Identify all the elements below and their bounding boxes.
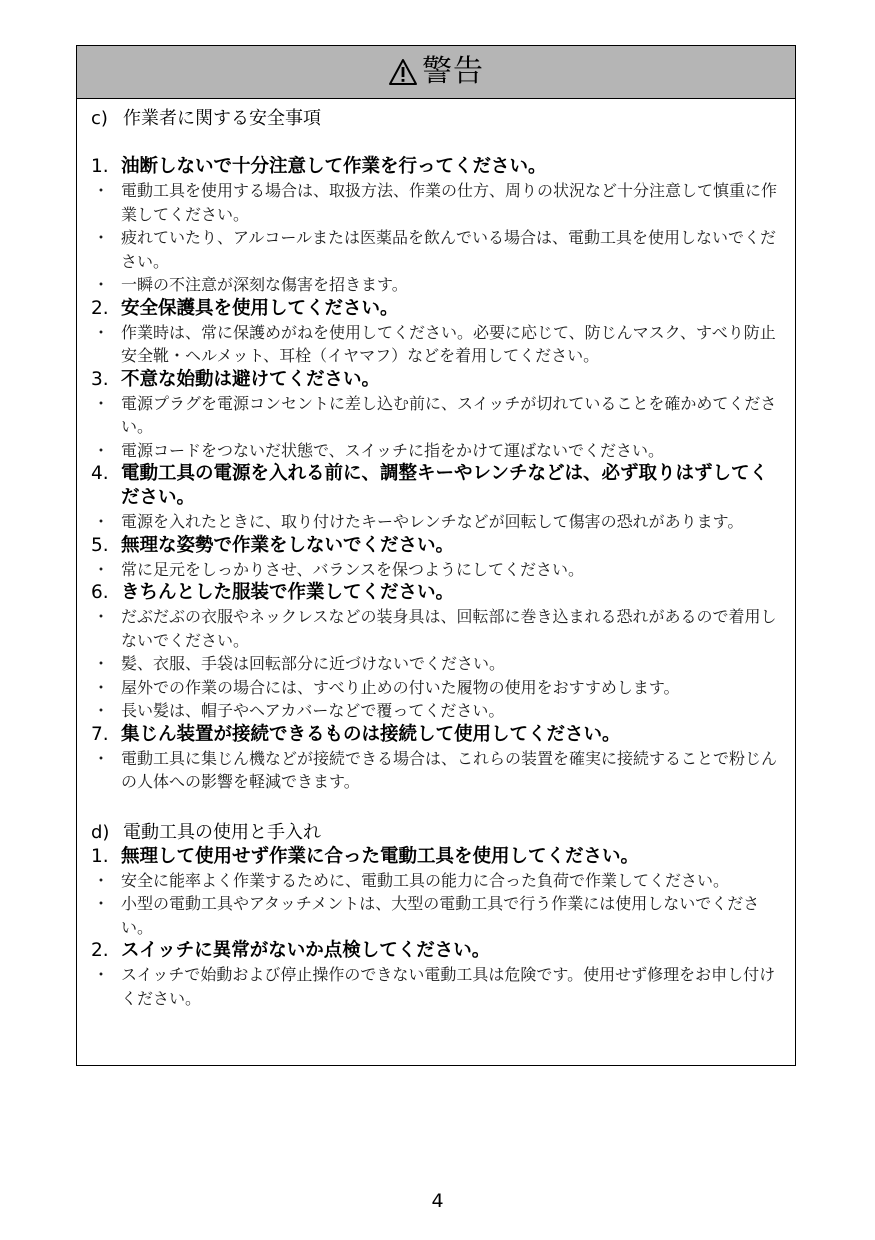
bullet-item: ・ 一瞬の不注意が深刻な傷害を招きます。 bbox=[91, 273, 777, 297]
section-heading-c: c) 作業者に関する安全事項 bbox=[91, 107, 777, 131]
bullet-text: 屋外での作業の場合には、すべり止めの付いた履物の使用をおすすめします。 bbox=[121, 676, 777, 700]
bullet-item: ・ 常に足元をしっかりさせ、バランスを保つようにしてください。 bbox=[91, 558, 777, 582]
bullet-dot: ・ bbox=[91, 179, 121, 226]
item-number: 3. bbox=[91, 368, 121, 392]
bullet-item: ・ 電源を入れたときに、取り付けたキーやレンチなどが回転して傷害の恐れがあります… bbox=[91, 510, 777, 534]
bullet-item: ・ 小型の電動工具やアタッチメントは、大型の電動工具で行う作業には使用しないでく… bbox=[91, 892, 777, 939]
item-number: 6. bbox=[91, 581, 121, 605]
section-letter: d) bbox=[91, 821, 113, 845]
item-heading: 1. 無理して使用せず作業に合った電動工具を使用してください。 bbox=[91, 845, 777, 869]
bullet-item: ・ 髪、衣服、手袋は回転部分に近づけないでください。 bbox=[91, 652, 777, 676]
bullet-text: 電源を入れたときに、取り付けたキーやレンチなどが回転して傷害の恐れがあります。 bbox=[121, 510, 777, 534]
warning-triangle-icon bbox=[388, 58, 418, 86]
section-heading-d: d) 電動工具の使用と手入れ bbox=[91, 821, 777, 845]
bullet-text: 髪、衣服、手袋は回転部分に近づけないでください。 bbox=[121, 652, 777, 676]
page-number: 4 bbox=[0, 1190, 875, 1212]
bullet-text: 一瞬の不注意が深刻な傷害を招きます。 bbox=[121, 273, 777, 297]
item-heading-text: 油断しないで十分注意して作業を行ってください。 bbox=[121, 155, 777, 179]
warning-box: 警告 c) 作業者に関する安全事項 1. 油断しないで十分注意して作業を行ってく… bbox=[76, 45, 796, 1066]
item-heading-text: 無理な姿勢で作業をしないでください。 bbox=[121, 534, 777, 558]
item-heading: 3. 不意な始動は避けてください。 bbox=[91, 368, 777, 392]
bullet-text: 電源プラグを電源コンセントに差し込む前に、スイッチが切れていることを確かめてくだ… bbox=[121, 392, 777, 439]
item-heading-text: 集じん装置が接続できるものは接続して使用してください。 bbox=[121, 723, 777, 747]
bullet-dot: ・ bbox=[91, 652, 121, 676]
item-heading-text: 不意な始動は避けてください。 bbox=[121, 368, 777, 392]
item-number: 4. bbox=[91, 462, 121, 510]
bullet-text: 小型の電動工具やアタッチメントは、大型の電動工具で行う作業には使用しないでくださ… bbox=[121, 892, 777, 939]
bullet-dot: ・ bbox=[91, 321, 121, 368]
bullet-item: ・ 作業時は、常に保護めがねを使用してください。必要に応じて、防じんマスク、すべ… bbox=[91, 321, 777, 368]
item-number: 2. bbox=[91, 297, 121, 321]
bullet-text: 電動工具に集じん機などが接続できる場合は、これらの装置を確実に接続することで粉じ… bbox=[121, 747, 777, 794]
bullet-dot: ・ bbox=[91, 869, 121, 893]
bullet-item: ・ 安全に能率よく作業するために、電動工具の能力に合った負荷で作業してください。 bbox=[91, 869, 777, 893]
bullet-dot: ・ bbox=[91, 226, 121, 273]
item-number: 1. bbox=[91, 155, 121, 179]
bullet-dot: ・ bbox=[91, 510, 121, 534]
warning-title: 警告 bbox=[422, 57, 484, 87]
bullet-dot: ・ bbox=[91, 963, 121, 1010]
warning-header: 警告 bbox=[77, 46, 795, 99]
bullet-item: ・ だぶだぶの衣服やネックレスなどの装身具は、回転部に巻き込まれる恐れがあるので… bbox=[91, 605, 777, 652]
bullet-text: 作業時は、常に保護めがねを使用してください。必要に応じて、防じんマスク、すべり防… bbox=[121, 321, 777, 368]
item-heading: 6. きちんとした服装で作業してください。 bbox=[91, 581, 777, 605]
bullet-item: ・ 疲れていたり、アルコールまたは医薬品を飲んでいる場合は、電動工具を使用しない… bbox=[91, 226, 777, 273]
bullet-text: 常に足元をしっかりさせ、バランスを保つようにしてください。 bbox=[121, 558, 777, 582]
item-heading: 2. スイッチに異常がないか点検してください。 bbox=[91, 939, 777, 963]
item-number: 7. bbox=[91, 723, 121, 747]
bullet-dot: ・ bbox=[91, 392, 121, 439]
bullet-dot: ・ bbox=[91, 558, 121, 582]
section-title: 作業者に関する安全事項 bbox=[123, 107, 321, 131]
bullet-text: スイッチで始動および停止操作のできない電動工具は危険です。使用せず修理をお申し付… bbox=[121, 963, 777, 1010]
item-heading: 4. 電動工具の電源を入れる前に、調整キーやレンチなどは、必ず取りはずしてくださ… bbox=[91, 462, 777, 510]
section-letter: c) bbox=[91, 107, 113, 131]
section-title: 電動工具の使用と手入れ bbox=[123, 821, 321, 845]
item-heading: 5. 無理な姿勢で作業をしないでください。 bbox=[91, 534, 777, 558]
bullet-text: 電動工具を使用する場合は、取扱方法、作業の仕方、周りの状況など十分注意して慎重に… bbox=[121, 179, 777, 226]
item-heading-text: スイッチに異常がないか点検してください。 bbox=[121, 939, 777, 963]
bullet-text: 疲れていたり、アルコールまたは医薬品を飲んでいる場合は、電動工具を使用しないでく… bbox=[121, 226, 777, 273]
bullet-dot: ・ bbox=[91, 892, 121, 939]
bullet-text: 安全に能率よく作業するために、電動工具の能力に合った負荷で作業してください。 bbox=[121, 869, 777, 893]
item-number: 2. bbox=[91, 939, 121, 963]
bullet-dot: ・ bbox=[91, 699, 121, 723]
item-number: 5. bbox=[91, 534, 121, 558]
bullet-item: ・ 屋外での作業の場合には、すべり止めの付いた履物の使用をおすすめします。 bbox=[91, 676, 777, 700]
bullet-text: だぶだぶの衣服やネックレスなどの装身具は、回転部に巻き込まれる恐れがあるので着用… bbox=[121, 605, 777, 652]
item-heading-text: 無理して使用せず作業に合った電動工具を使用してください。 bbox=[121, 845, 777, 869]
bullet-text: 長い髪は、帽子やヘアカバーなどで覆ってください。 bbox=[121, 699, 777, 723]
bullet-dot: ・ bbox=[91, 605, 121, 652]
item-heading: 1. 油断しないで十分注意して作業を行ってください。 bbox=[91, 155, 777, 179]
bullet-dot: ・ bbox=[91, 273, 121, 297]
bullet-item: ・ 電動工具を使用する場合は、取扱方法、作業の仕方、周りの状況など十分注意して慎… bbox=[91, 179, 777, 226]
item-heading-text: きちんとした服装で作業してください。 bbox=[121, 581, 777, 605]
bullet-item: ・ 電源コードをつないだ状態で、スイッチに指をかけて運ばないでください。 bbox=[91, 439, 777, 463]
bullet-item: ・ 電動工具に集じん機などが接続できる場合は、これらの装置を確実に接続することで… bbox=[91, 747, 777, 794]
item-heading: 2. 安全保護具を使用してください。 bbox=[91, 297, 777, 321]
bullet-item: ・ 長い髪は、帽子やヘアカバーなどで覆ってください。 bbox=[91, 699, 777, 723]
bullet-item: ・ 電源プラグを電源コンセントに差し込む前に、スイッチが切れていることを確かめて… bbox=[91, 392, 777, 439]
item-heading: 7. 集じん装置が接続できるものは接続して使用してください。 bbox=[91, 723, 777, 747]
bullet-dot: ・ bbox=[91, 676, 121, 700]
item-number: 1. bbox=[91, 845, 121, 869]
bullet-dot: ・ bbox=[91, 439, 121, 463]
item-heading-text: 安全保護具を使用してください。 bbox=[121, 297, 777, 321]
warning-content: c) 作業者に関する安全事項 1. 油断しないで十分注意して作業を行ってください… bbox=[77, 99, 795, 1010]
bullet-text: 電源コードをつないだ状態で、スイッチに指をかけて運ばないでください。 bbox=[121, 439, 777, 463]
bullet-dot: ・ bbox=[91, 747, 121, 794]
bullet-item: ・ スイッチで始動および停止操作のできない電動工具は危険です。使用せず修理をお申… bbox=[91, 963, 777, 1010]
item-heading-text: 電動工具の電源を入れる前に、調整キーやレンチなどは、必ず取りはずしてください。 bbox=[121, 462, 777, 510]
